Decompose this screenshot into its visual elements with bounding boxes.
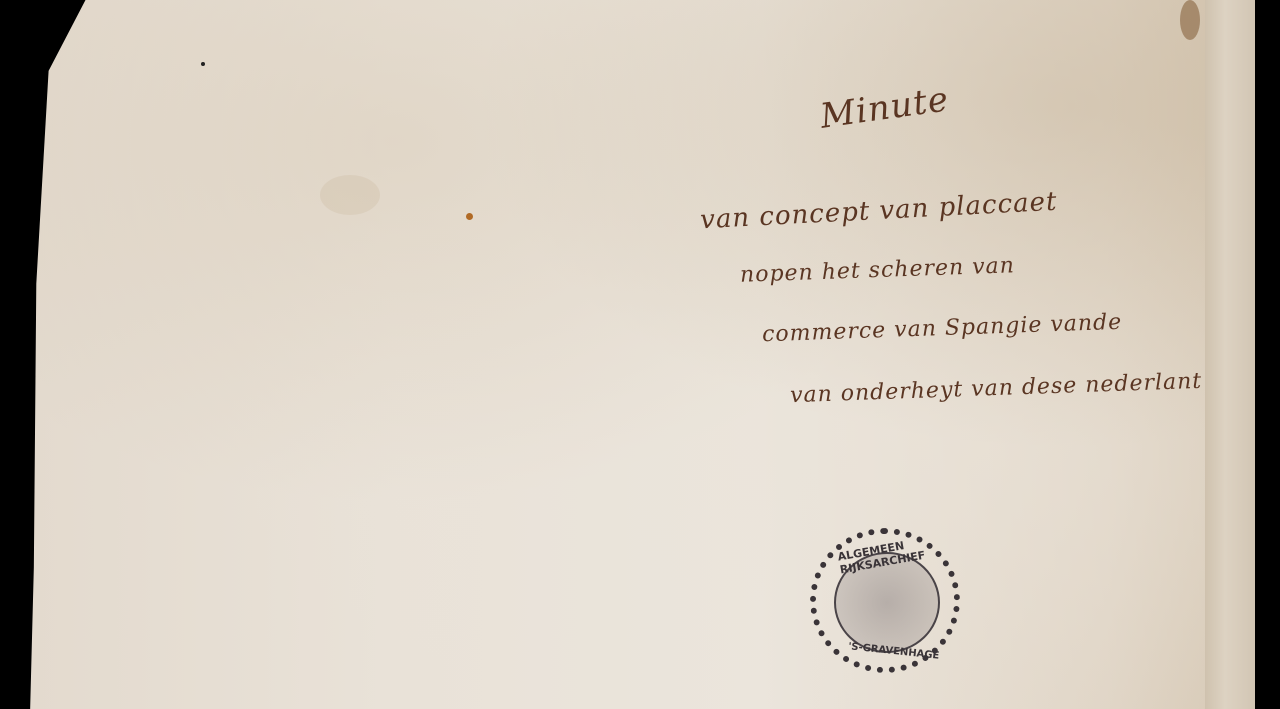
archive-stamp: ALGEMEEN RIJKSARCHIEF 'S-GRAVENHAGE: [810, 528, 960, 673]
rust-spot: [466, 213, 473, 220]
document-scan: Minute van concept van placcaet nopen he…: [0, 0, 1280, 709]
paper-right-edge: [1205, 0, 1255, 709]
stain: [320, 175, 380, 215]
ink-speck: [201, 62, 205, 66]
paper-sheet: [24, 0, 1254, 709]
rust-stain-top-right: [1180, 0, 1200, 40]
